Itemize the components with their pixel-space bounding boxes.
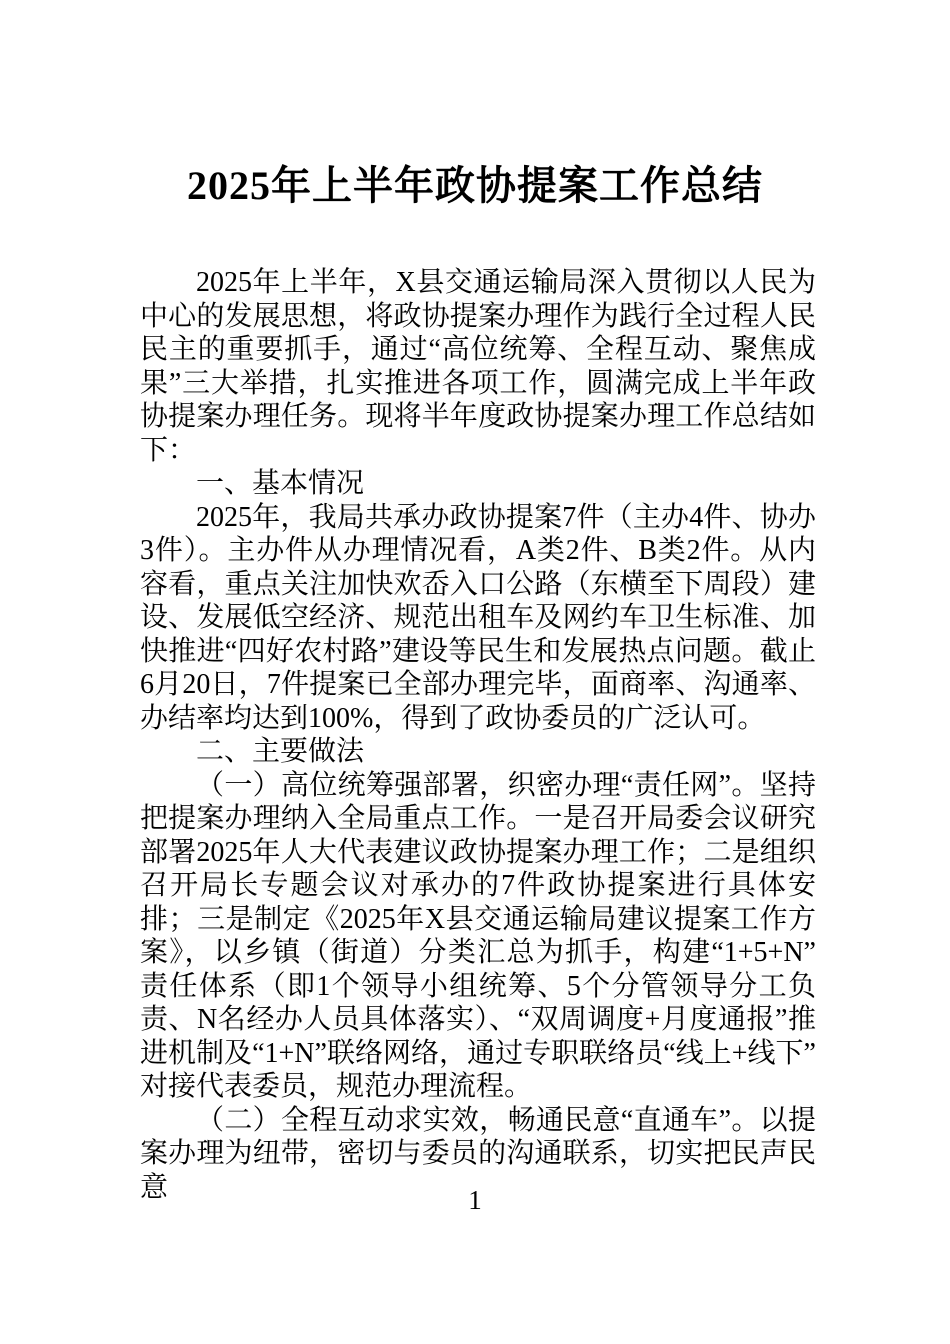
page-number: 1 [0, 1184, 950, 1216]
document-page: 2025年上半年政协提案工作总结 2025年上半年，X县交通运输局深入贯彻以人民… [0, 0, 950, 1344]
paragraph-intro: 2025年上半年，X县交通运输局深入贯彻以人民为中心的发展思想，将政协提案办理作… [140, 266, 816, 467]
document-body: 2025年上半年，X县交通运输局深入贯彻以人民为中心的发展思想，将政协提案办理作… [140, 266, 816, 1204]
document-title: 2025年上半年政协提案工作总结 [137, 158, 813, 214]
section-heading-basic-situation: 一、基本情况 [140, 467, 816, 501]
section-heading-main-practices: 二、主要做法 [140, 735, 816, 769]
paragraph-practice-1: （一）高位统筹强部署，织密办理“责任网”。坚持把提案办理纳入全局重点工作。一是召… [140, 769, 816, 1104]
paragraph-basic-situation: 2025年，我局共承办政协提案7件（主办4件、协办3件）。主办件从办理情况看，A… [140, 501, 816, 736]
